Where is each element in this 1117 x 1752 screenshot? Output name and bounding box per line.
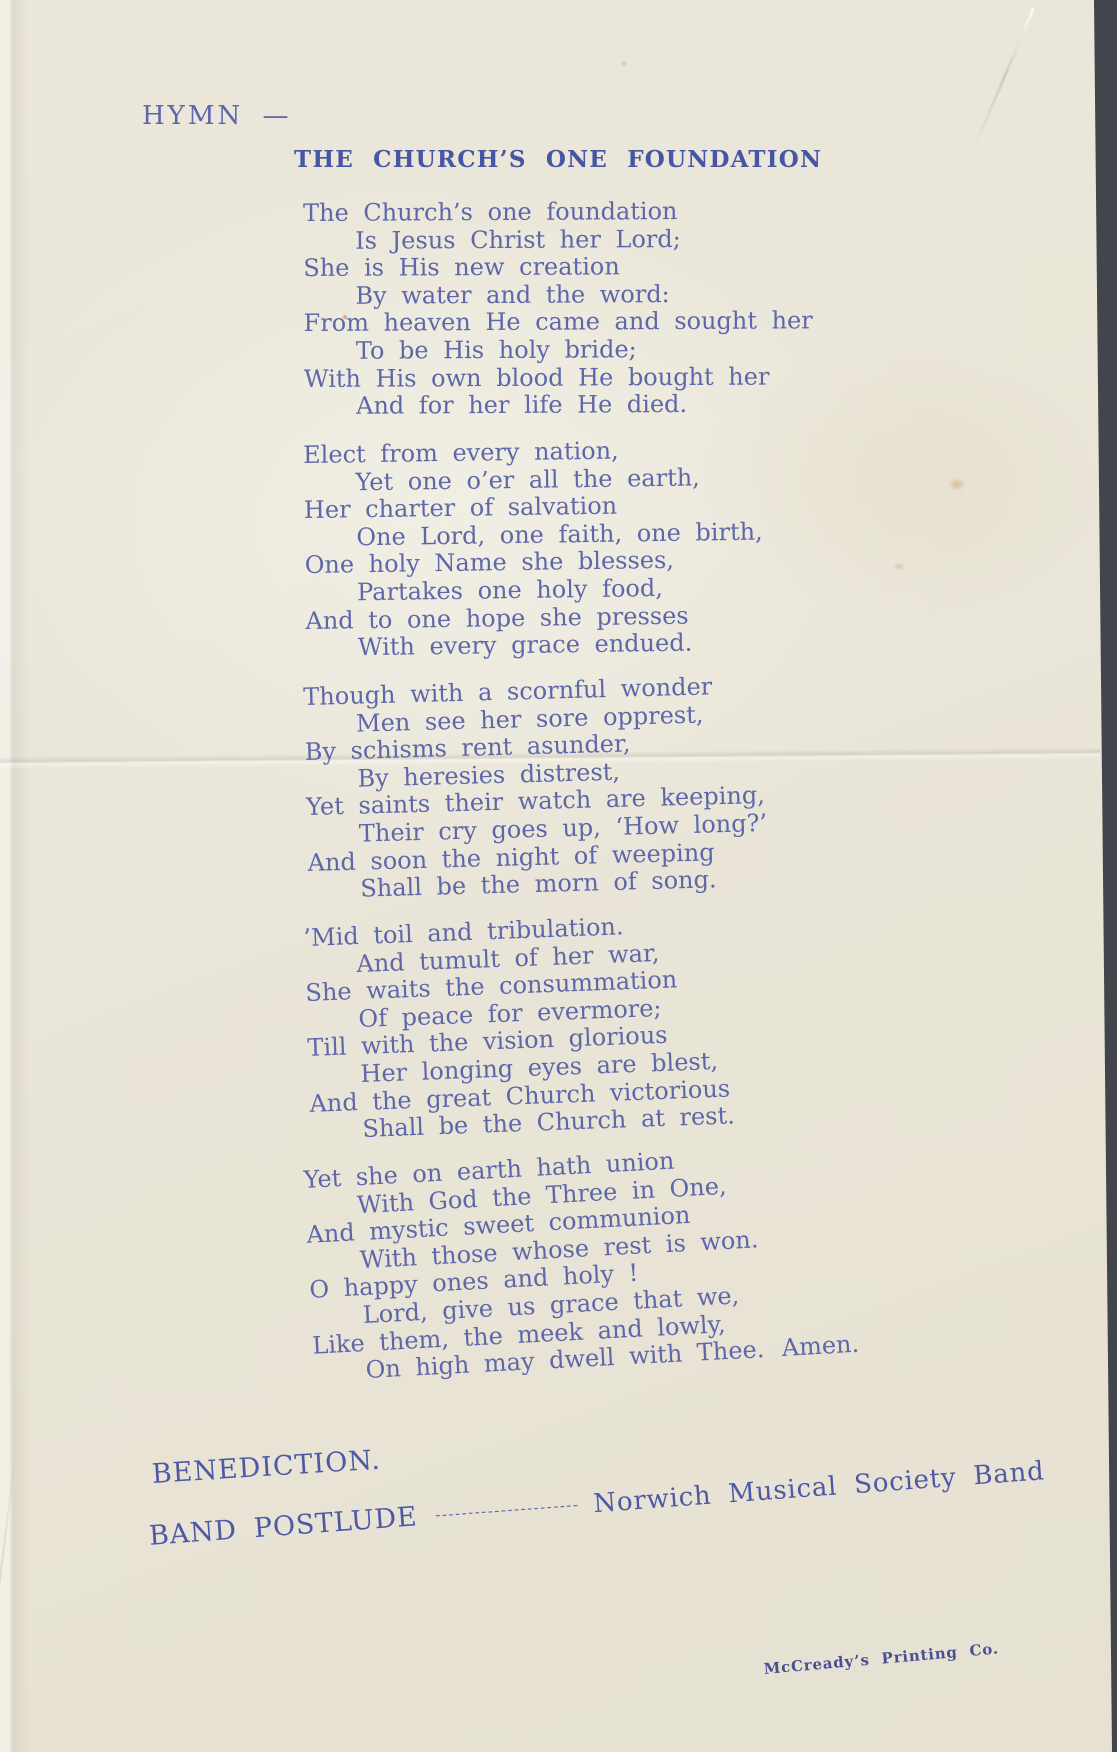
paper-stain <box>948 478 966 491</box>
benediction-label: BENEDICTION. <box>151 1445 382 1490</box>
hymn-title: THE CHURCH’S ONE FOUNDATION <box>294 146 822 173</box>
hymn-section-label: HYMN — <box>142 101 291 131</box>
paper-stain <box>620 60 628 67</box>
leader-dashes: ---------------------- <box>435 1495 580 1524</box>
band-name: Norwich Musical Society Band <box>592 1456 1045 1519</box>
hymn-line: She is His new creation <box>303 252 863 283</box>
bottom-left-crease <box>0 1440 18 1752</box>
hymn-verse: Though with a scornful wonderMen see her… <box>303 669 869 904</box>
hymn-line: With His own blood He bought her <box>304 363 864 394</box>
program-page: HYMN — THE CHURCH’S ONE FOUNDATION The C… <box>0 0 1117 1752</box>
hymn-line: With every grace endued. <box>306 627 866 662</box>
hymn-line: From heaven He came and sought her <box>304 307 864 338</box>
printer-credit: McCready’s Printing Co. <box>763 1639 999 1677</box>
hymn-verse: ’Mid toil and tribulation.And tumult of … <box>303 905 871 1146</box>
paper-stain <box>893 562 905 571</box>
hymn-line: To be His holy bride; <box>304 335 864 366</box>
hymn-line: Is Jesus Christ her Lord; <box>303 225 863 256</box>
hymn-line: By water and the word: <box>303 280 863 311</box>
band-postlude-label: BAND POSTLUDE <box>148 1501 419 1552</box>
top-right-crease <box>973 8 1034 147</box>
hymn-verses: The Church’s one foundationIs Jesus Chri… <box>303 200 863 1409</box>
hymn-line: And for her life He died. <box>304 390 864 421</box>
hymn-line: The Church’s one foundation <box>303 197 863 228</box>
amen-text: Amen. <box>781 1330 860 1362</box>
hymn-verse: Elect from every nation,Yet one o’er all… <box>303 434 866 663</box>
hymn-verse: The Church’s one foundationIs Jesus Chri… <box>303 197 864 421</box>
